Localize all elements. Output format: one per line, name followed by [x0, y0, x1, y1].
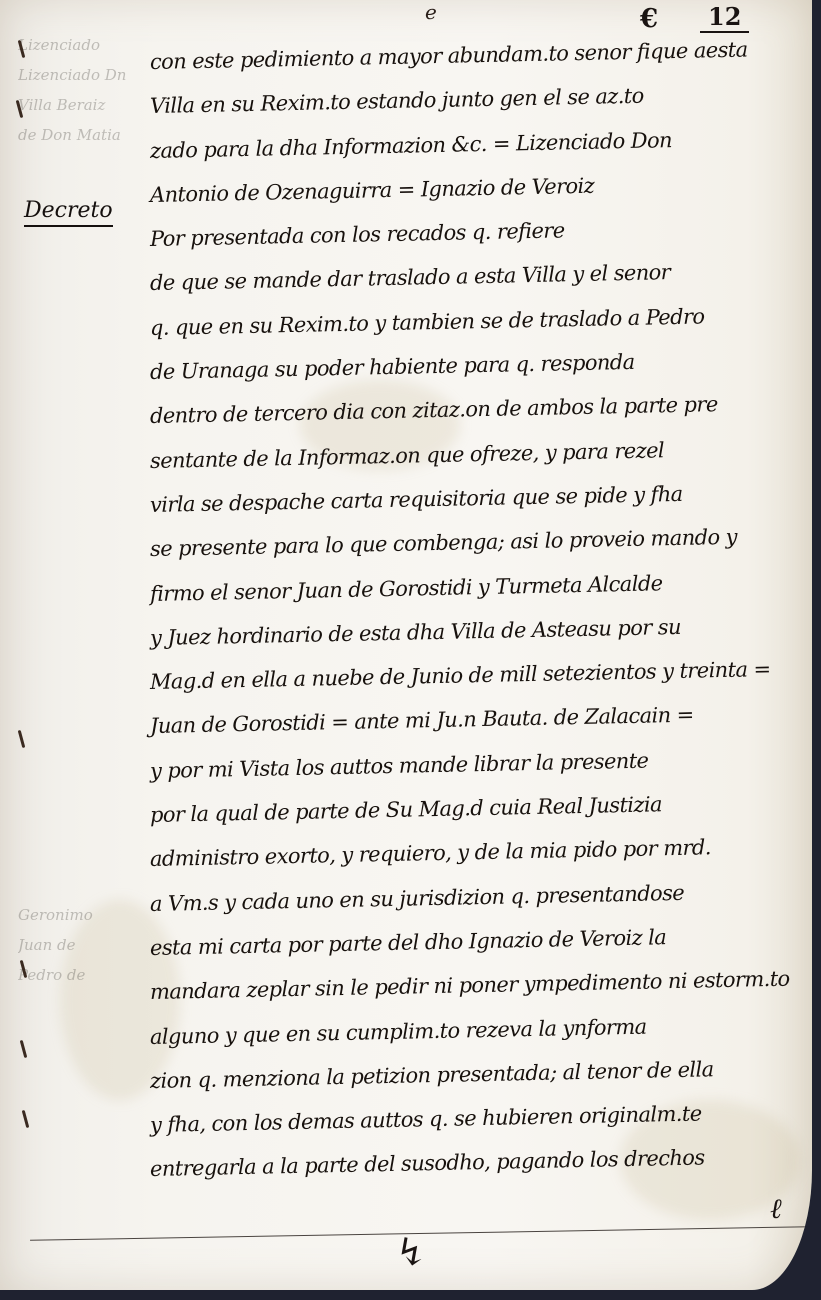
- bleedthrough-line: de Don Matia: [18, 120, 138, 150]
- closing-rubric-icon: ↯: [395, 1230, 427, 1274]
- bleedthrough-line: Lizenciado: [18, 30, 138, 60]
- margin-bleedthrough: Lizenciado Lizenciado Dn Villa Beraiz de…: [18, 30, 138, 150]
- ink-mark: [22, 1110, 30, 1128]
- top-mark: e: [425, 0, 437, 24]
- end-flourish-icon: ℓ: [770, 1192, 782, 1226]
- ink-mark: [18, 730, 26, 748]
- bleedthrough-line: Pedro de: [18, 960, 138, 990]
- bleedthrough-line: Geronimo: [18, 900, 138, 930]
- bleedthrough-line: Juan de: [18, 930, 138, 960]
- manuscript-text: con este pedimiento a mayor abundam.to s…: [150, 40, 790, 1192]
- margin-bleedthrough-lower: Geronimo Juan de Pedro de: [18, 900, 138, 990]
- marginal-note-decreto: Decreto: [24, 198, 113, 227]
- bleedthrough-line: Lizenciado Dn: [18, 60, 138, 90]
- ink-mark: [20, 1040, 28, 1058]
- manuscript-page: Lizenciado Lizenciado Dn Villa Beraiz de…: [0, 0, 812, 1290]
- bleedthrough-line: Villa Beraiz: [18, 90, 138, 120]
